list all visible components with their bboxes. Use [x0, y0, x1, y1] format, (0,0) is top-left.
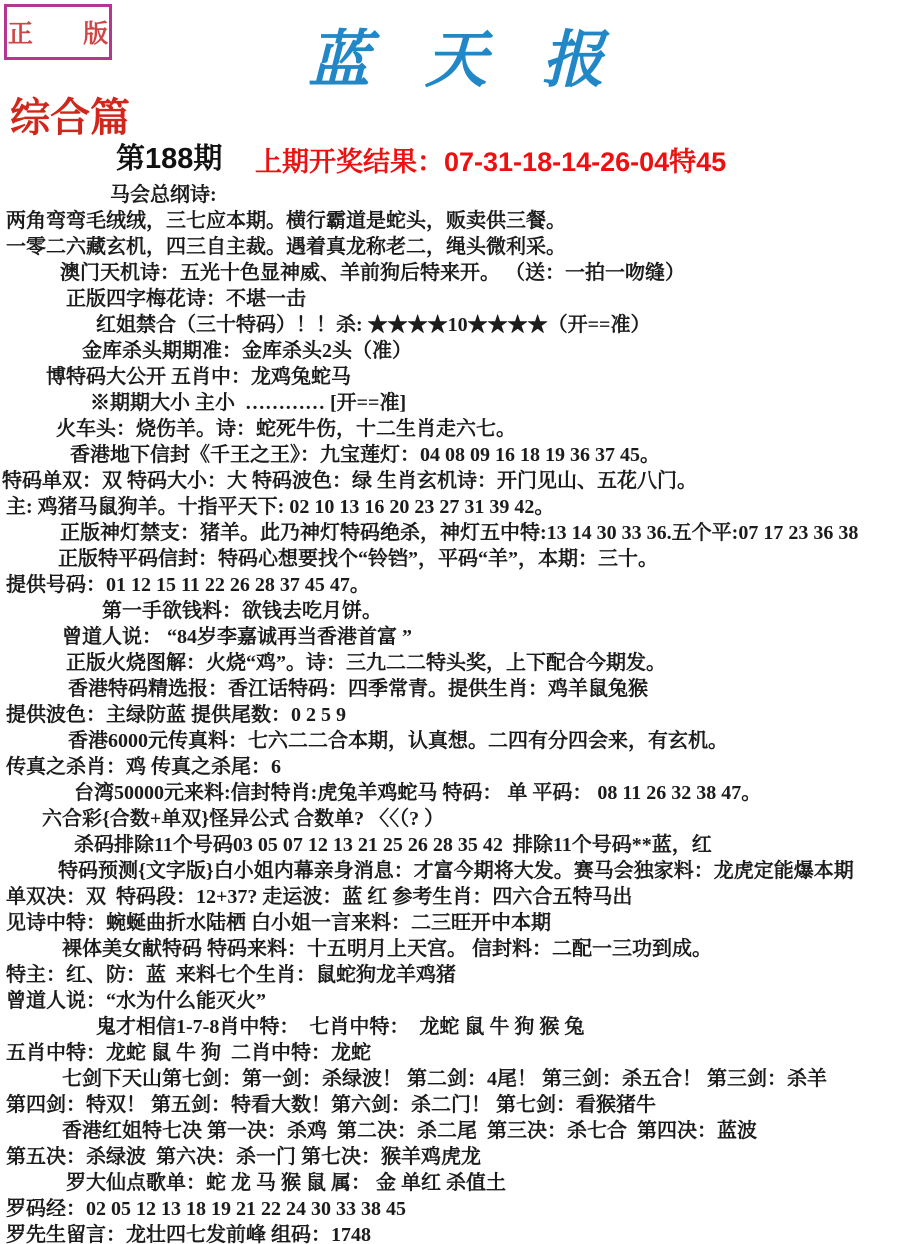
- text-line: 主: 鸡猪马鼠狗羊。十指平天下: 02 10 13 16 20 23 27 31…: [6, 494, 900, 520]
- text-line: 正版四字梅花诗：不堪一击: [66, 286, 900, 312]
- text-line: 特主：红、防：蓝 来料七个生肖：鼠蛇狗龙羊鸡猪: [6, 962, 900, 988]
- text-line: 六合彩{合数+单双}怪异公式 合数单? 〈〈（? ）: [42, 806, 900, 832]
- text-line: 正版特平码信封：特码心想要找个“铃铛”，平码“羊”，本期：三十。: [58, 546, 900, 572]
- text-line: 鬼才相信1-7-8肖中特： 七肖中特： 龙蛇 鼠 牛 狗 猴 兔: [96, 1014, 900, 1040]
- text-line: 正版火烧图解：火烧“鸡”。诗：三九二二特头奖，上下配合今期发。: [66, 650, 900, 676]
- page-title: 蓝天报: [308, 10, 659, 99]
- text-line: 特码预测{文字版}白小姐内幕亲身消息：才富今期将大发。赛马会独家料：龙虎定能爆本…: [58, 858, 900, 884]
- text-line: 马会总纲诗:: [110, 182, 900, 208]
- text-line: 香港地下信封《千王之王》：九宝莲灯：04 08 09 16 18 19 36 3…: [70, 442, 900, 468]
- text-line: 罗先生留言：龙壮四七发前峰 组码：1748: [6, 1222, 900, 1244]
- text-line: 杀码排除11个号码03 05 07 12 13 21 25 26 28 35 4…: [74, 832, 900, 858]
- text-line: 金库杀头期期准：金库杀头2头（准）: [82, 338, 900, 364]
- newspaper-page: { "header": { "edition_badge": "正 版", "t…: [0, 0, 900, 1244]
- issue-number: 第188期: [116, 136, 222, 177]
- text-line: 香港红姐特七决 第一决：杀鸡 第二决：杀二尾 第三决：杀七合 第四决：蓝波: [62, 1118, 900, 1144]
- text-line: 香港特码精选报：香江话特码：四季常青。提供生肖：鸡羊鼠兔猴: [68, 676, 900, 702]
- text-line: 裸体美女献特码 特码来料：十五明月上天宫。 信封料：二配一三功到成。: [62, 936, 900, 962]
- text-line: 单双决：双 特码段：12+37? 走运波：蓝 红 参考生肖：四六合五特马出: [6, 884, 900, 910]
- body-lines: 马会总纲诗: 两角弯弯毛绒绒，三七应本期。横行霸道是蛇头，贩卖供三餐。 一零二六…: [0, 182, 900, 1244]
- text-line: 香港6000元传真料：七六二二合本期，认真想。二四有分四会来，有玄机。: [68, 728, 900, 754]
- text-line: 第五决：杀绿波 第六决：杀一门 第七决：猴羊鸡虎龙: [6, 1144, 900, 1170]
- text-line: 传真之杀肖：鸡 传真之杀尾：6: [6, 754, 900, 780]
- text-line: 正版神灯禁支：猪羊。此乃神灯特码绝杀，神灯五中特:13 14 30 33 36.…: [60, 520, 900, 546]
- text-line: 红姐禁合（三十特码）！！杀: ★★★★10★★★★（开==准）: [96, 312, 900, 338]
- edition-badge-label: 正 版: [0, 14, 130, 50]
- text-line: 特码单双：双 特码大小：大 特码波色：绿 生肖玄机诗：开门见山、五花八门。: [2, 468, 900, 494]
- text-line: 曾道人说： “84岁李嘉诚再当香港首富 ”: [62, 624, 900, 650]
- text-line: 七剑下天山第七剑：第一剑：杀绿波！ 第二剑：4尾！ 第三剑：杀五合！ 第三剑：杀…: [62, 1066, 900, 1092]
- text-line: 第四剑：特双！ 第五剑：特看大数！第六剑：杀二门！ 第七剑：看猴猪牛: [6, 1092, 900, 1118]
- text-line: 第一手欲钱料：欲钱去吃月饼。: [102, 598, 900, 624]
- text-line: 博特码大公开 五肖中：龙鸡兔蛇马: [46, 364, 900, 390]
- text-line: 提供号码：01 12 15 11 22 26 28 37 45 47。: [6, 572, 900, 598]
- text-line: 提供波色：主绿防蓝 提供尾数：0 2 5 9: [6, 702, 900, 728]
- section-title: 综合篇: [10, 86, 130, 143]
- edition-badge: 正 版: [4, 4, 112, 60]
- text-line: 五肖中特：龙蛇 鼠 牛 狗 二肖中特：龙蛇: [6, 1040, 900, 1066]
- text-line: 曾道人说：“水为什么能灭火”: [6, 988, 900, 1014]
- text-line: 火车头：烧伤羊。诗：蛇死牛伤，十二生肖走六七。: [56, 416, 900, 442]
- text-line: 罗码经：02 05 12 13 18 19 21 22 24 30 33 38 …: [6, 1196, 900, 1222]
- text-line: 两角弯弯毛绒绒，三七应本期。横行霸道是蛇头，贩卖供三餐。: [6, 208, 900, 234]
- text-line: 罗大仙点歌单：蛇 龙 马 猴 鼠 属： 金 单红 杀值土: [66, 1170, 900, 1196]
- text-line: 台湾50000元来料:信封特肖:虎兔羊鸡蛇马 特码： 单 平码： 08 11 2…: [74, 780, 900, 806]
- last-draw-result: 上期开奖结果：07-31-18-14-26-04特45: [255, 140, 726, 179]
- text-line: 澳门天机诗：五光十色显神威、羊前狗后特来开。 （送：一拍一吻缝）: [60, 260, 900, 286]
- text-line: 见诗中特：蜿蜒曲折水陆栖 白小姐一言来料：二三旺开中本期: [6, 910, 900, 936]
- text-line: 一零二六藏玄机，四三自主裁。遇着真龙称老二，绳头微利采。: [6, 234, 900, 260]
- text-line: ※期期大小 主小 ………… [开==准]: [90, 390, 900, 416]
